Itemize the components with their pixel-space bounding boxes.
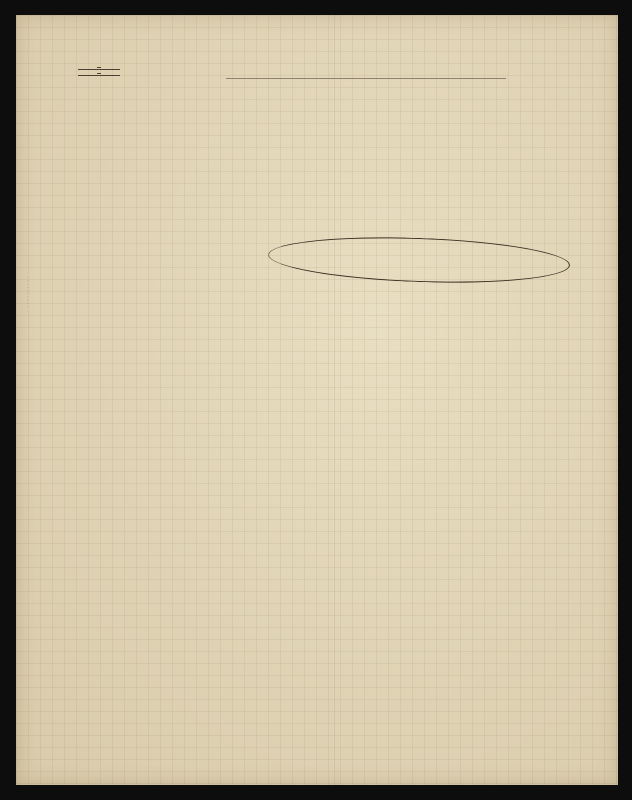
letter-page: · · · · · · · · · · <box>16 15 618 785</box>
letterhead-arc-title <box>14 44 184 64</box>
date-underline <box>226 78 506 79</box>
letterhead-divider <box>78 69 120 70</box>
fold-crease <box>334 15 335 785</box>
letterhead <box>14 44 184 80</box>
letterhead-divider-bottom <box>78 75 120 76</box>
printer-mark: · · · · · · · · · · <box>25 277 31 307</box>
